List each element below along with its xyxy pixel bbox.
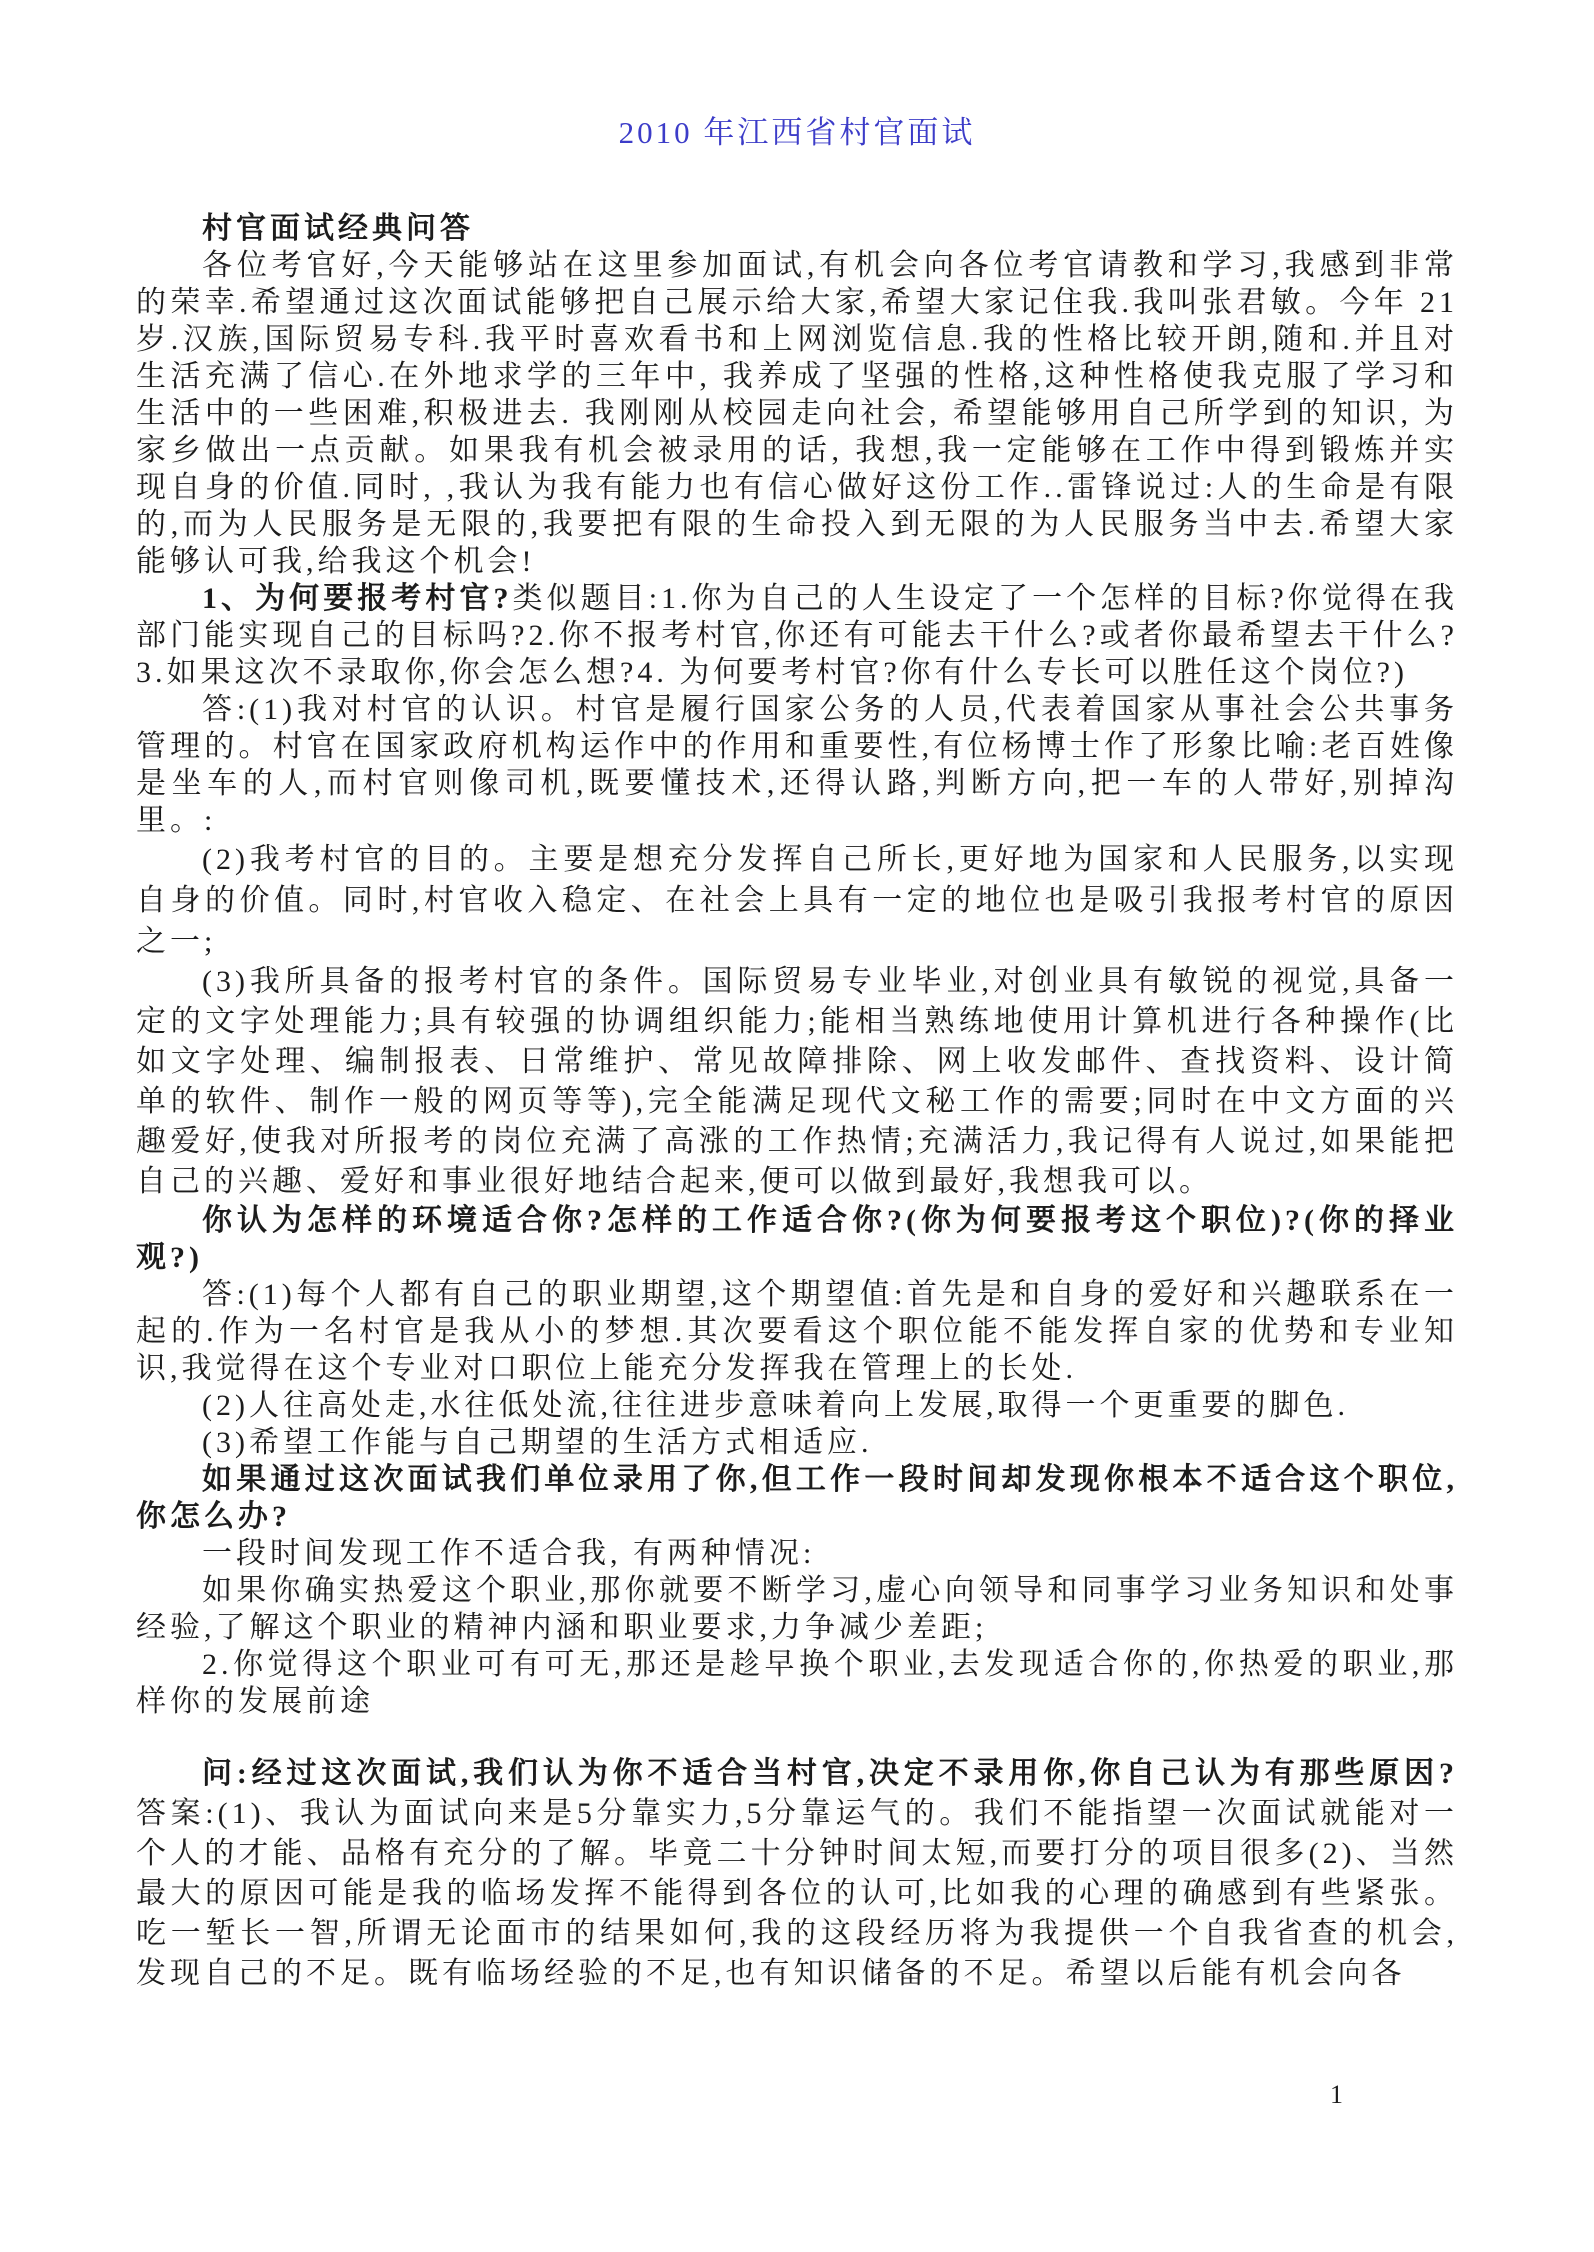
bold-text-run: 1、为何要报考村官? [202, 582, 512, 615]
page-number: 1 [1330, 2080, 1343, 2110]
document-page: 2010 年江西省村官面试 村官面试经典问答各位考官好,今天能够站在这里参加面试… [0, 0, 1594, 2252]
opening-self-introduction: 各位考官好,今天能够站在这里参加面试,有机会向各位考官请教和学习,我感到非常的荣… [136, 247, 1458, 580]
document-content: 2010 年江西省村官面试 村官面试经典问答各位考官好,今天能够站在这里参加面试… [136, 112, 1458, 1994]
bold-text-run: 村官面试经典问答 [202, 212, 474, 245]
document-body: 村官面试经典问答各位考官好,今天能够站在这里参加面试,有机会向各位考官请教和学习… [136, 210, 1458, 1994]
text-run: 2.你觉得这个职业可有可无,那还是趁早换个职业,去发现适合你的,你热爱的职业,那… [136, 1648, 1458, 1718]
answer-2-item-2: (2)人往高处走,水往低处流,往往进步意味着向上发展,取得一个更重要的脚色. [136, 1387, 1458, 1424]
question-3-not-suitable: 如果通过这次面试我们单位录用了你,但工作一段时间却发现你根本不适合这个职位,你怎… [136, 1461, 1458, 1535]
answer-1-part-1-understanding: 答:(1)我对村官的认识。村官是履行国家公务的人员,代表着国家从事社会公共事务管… [136, 691, 1458, 839]
text-run: 一段时间发现工作不适合我, 有两种情况: [202, 1537, 815, 1570]
answer-1-part-2-purpose: (2)我考村官的目的。主要是想充分发挥自己所长,更好地为国家和人民服务,以实现自… [136, 839, 1458, 962]
text-run: (3)希望工作能与自己期望的生活方式相适应. [202, 1426, 872, 1459]
bold-text-run: 问:经过这次面试,我们认为你不适合当村官,决定不录用你,你自己认为有那些原因? [202, 1757, 1458, 1790]
answer-3-case-1: 如果你确实热爱这个职业,那你就要不断学习,虚心向领导和同事学习业务知识和处事经验… [136, 1572, 1458, 1646]
text-run: (3)我所具备的报考村官的条件。国际贸易专业毕业,对创业具有敏锐的视觉,具备一定… [136, 965, 1458, 1198]
answer-3-intro: 一段时间发现工作不适合我, 有两种情况: [136, 1535, 1458, 1572]
text-run: 如果你确实热爱这个职业,那你就要不断学习,虚心向领导和同事学习业务知识和处事经验… [136, 1574, 1458, 1644]
text-run: 答:(1)我对村官的认识。村官是履行国家公务的人员,代表着国家从事社会公共事务管… [136, 693, 1458, 837]
text-run: (2)我考村官的目的。主要是想充分发挥自己所长,更好地为国家和人民服务,以实现自… [136, 843, 1458, 958]
question-2-environment: 你认为怎样的环境适合你?怎样的工作适合你?(你为何要报考这个职位)?(你的择业观… [136, 1202, 1458, 1276]
text-run: (2)人往高处走,水往低处流,往往进步意味着向上发展,取得一个更重要的脚色. [202, 1389, 1349, 1422]
text-run: 答:(1)每个人都有自己的职业期望,这个期望值:首先是和自身的爱好和兴趣联系在一… [136, 1278, 1458, 1385]
question-1-why-apply: 1、为何要报考村官?类似题目:1.你为自己的人生设定了一个怎样的目标?你觉得在我… [136, 580, 1458, 691]
bold-text-run: 如果通过这次面试我们单位录用了你,但工作一段时间却发现你根本不适合这个职位,你怎… [136, 1463, 1458, 1533]
document-title: 2010 年江西省村官面试 [136, 112, 1458, 154]
text-run: 答案:(1)、我认为面试向来是5分靠实力,5分靠运气的。我们不能指望一次面试就能… [136, 1797, 1458, 1990]
answer-3-case-2: 2.你觉得这个职业可有可无,那还是趁早换个职业,去发现适合你的,你热爱的职业,那… [136, 1646, 1458, 1720]
bold-text-run: 你认为怎样的环境适合你?怎样的工作适合你?(你为何要报考这个职位)?(你的择业观… [136, 1204, 1458, 1274]
question-4-rejection-reasons: 问:经过这次面试,我们认为你不适合当村官,决定不录用你,你自己认为有那些原因?答… [136, 1754, 1458, 1994]
answer-2-item-1: 答:(1)每个人都有自己的职业期望,这个期望值:首先是和自身的爱好和兴趣联系在一… [136, 1276, 1458, 1387]
answer-1-part-3-qualifications: (3)我所具备的报考村官的条件。国际贸易专业毕业,对创业具有敏锐的视觉,具备一定… [136, 962, 1458, 1202]
section-heading: 村官面试经典问答 [136, 210, 1458, 247]
answer-2-item-3: (3)希望工作能与自己期望的生活方式相适应. [136, 1424, 1458, 1461]
text-run: 各位考官好,今天能够站在这里参加面试,有机会向各位考官请教和学习,我感到非常的荣… [136, 249, 1458, 578]
